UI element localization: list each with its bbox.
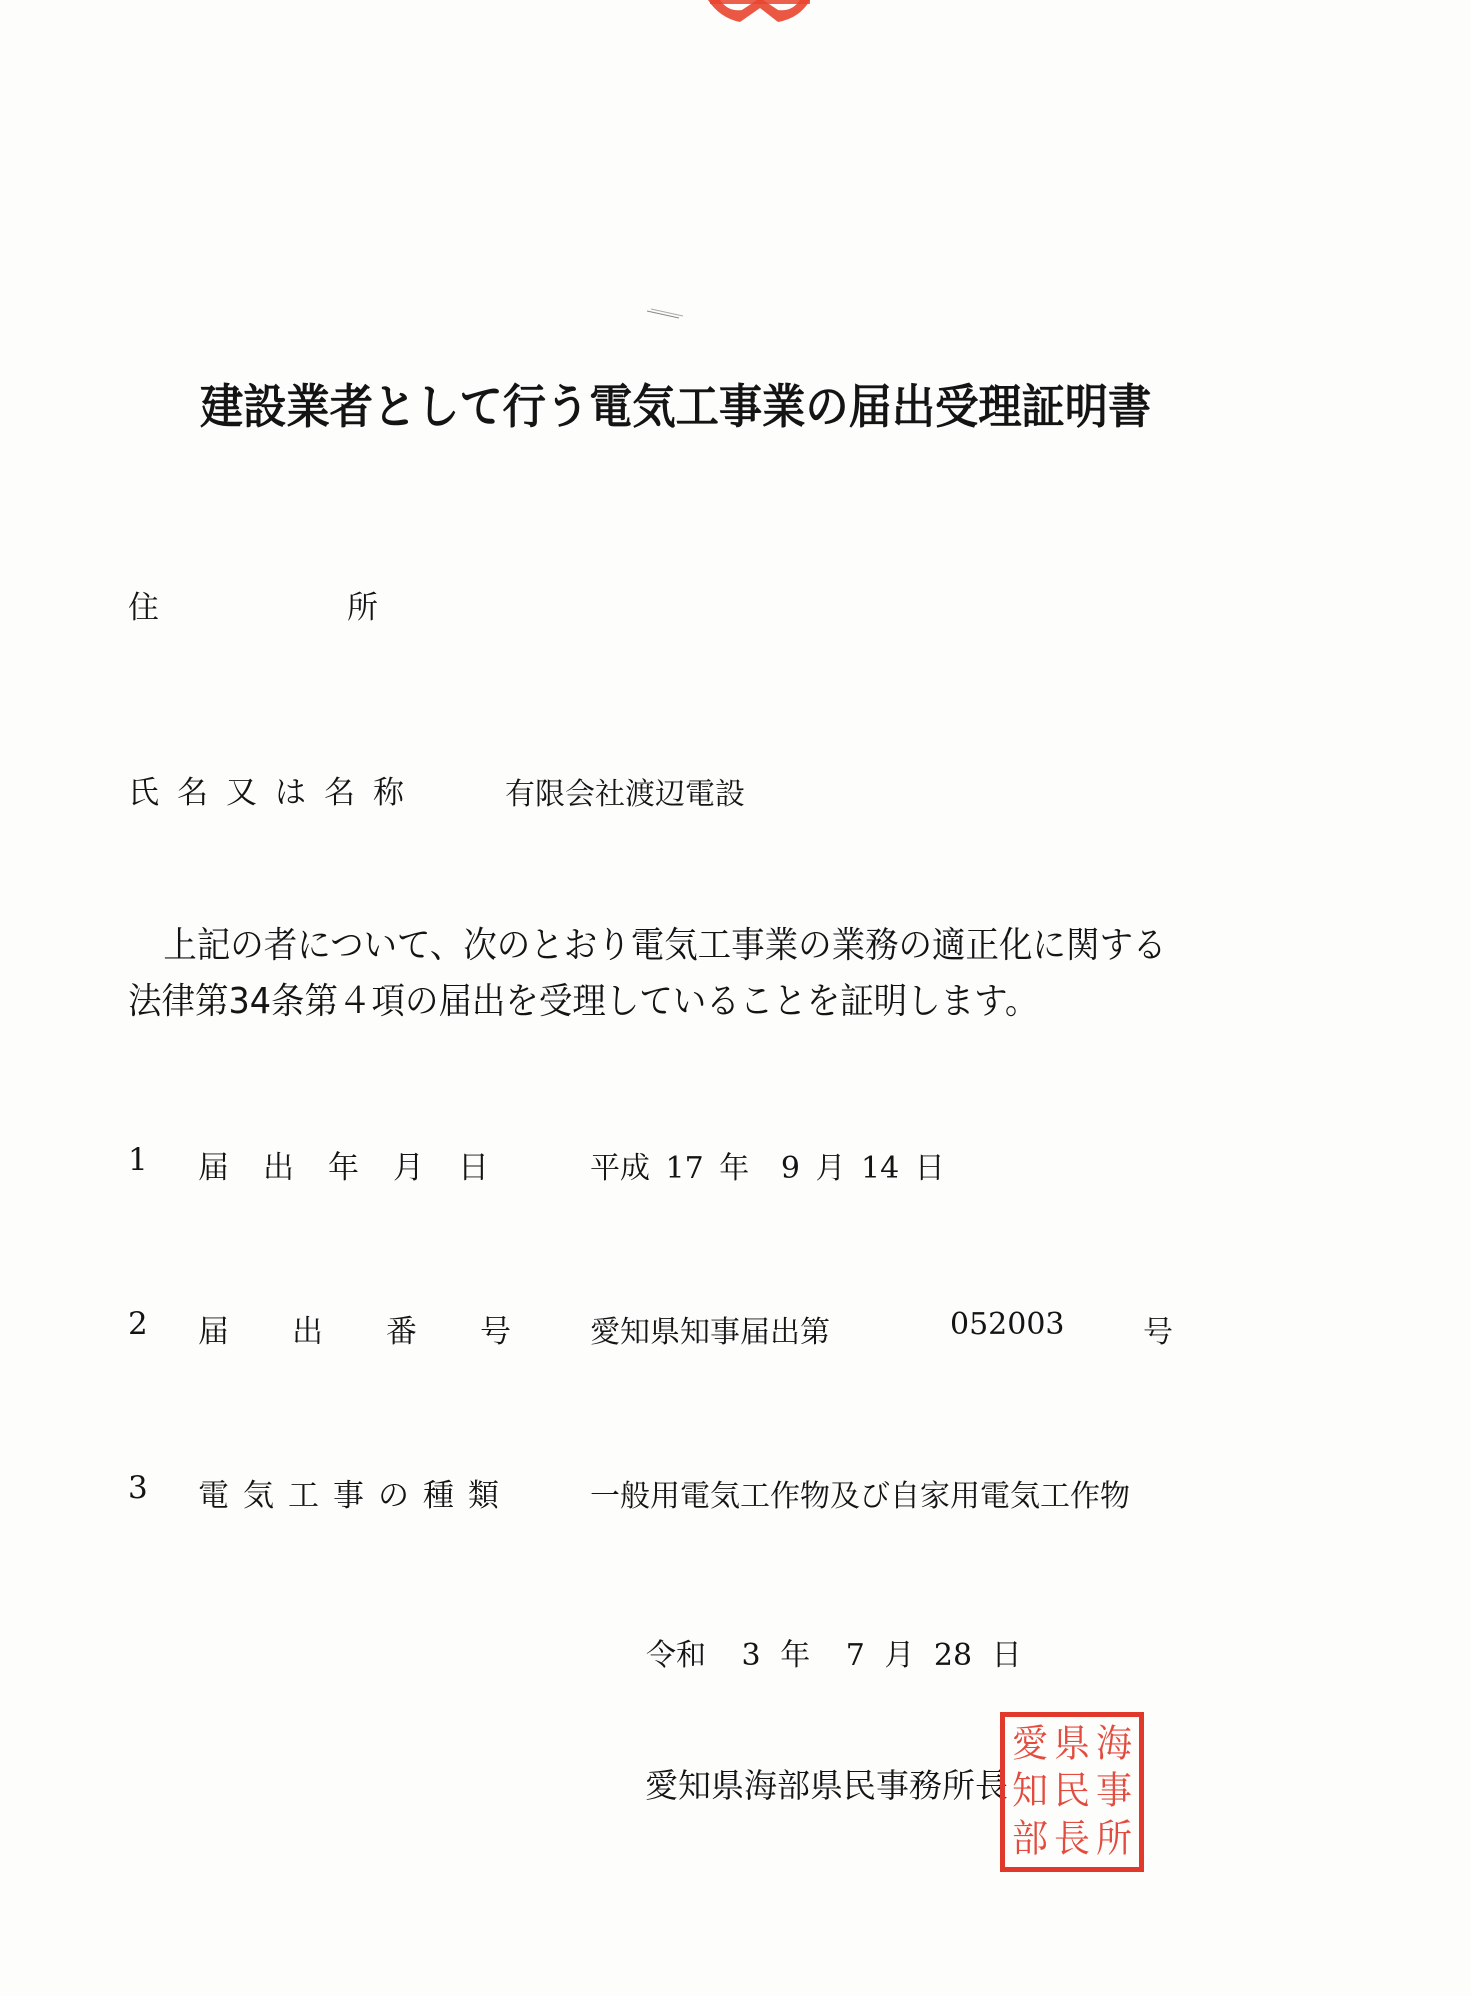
- statement-line-1: 上記の者について、次のとおり電気工事業の業務の適正化に関する: [128, 918, 1291, 974]
- day-unit: 日: [915, 1151, 945, 1186]
- item-1-number: 1: [128, 1142, 148, 1178]
- issue-year-unit: 年: [780, 1638, 810, 1673]
- seal-char: 県: [1051, 1720, 1093, 1770]
- filing-number-suffix: 号: [1143, 1307, 1173, 1351]
- year-unit: 年: [719, 1151, 749, 1186]
- filing-month: 9: [781, 1151, 800, 1186]
- name-value: 有限会社渡辺電設: [505, 769, 745, 813]
- partial-seal-stamp-icon: [700, 0, 850, 40]
- seal-char: 部: [1009, 1814, 1051, 1864]
- seal-char: 長: [1051, 1814, 1093, 1864]
- item-2-number: 2: [128, 1306, 148, 1342]
- item-3-label: 電気工事の種類: [198, 1470, 513, 1515]
- filing-day: 14: [861, 1151, 899, 1186]
- seal-char: 海: [1093, 1720, 1135, 1770]
- seal-char: 民: [1051, 1767, 1093, 1817]
- filing-number-prefix: 愛知県知事届出第: [590, 1307, 830, 1351]
- scratch-mark: [645, 308, 685, 322]
- issue-day: 28: [934, 1638, 972, 1673]
- issue-month-unit: 月: [884, 1638, 914, 1673]
- address-label-left: 住: [128, 582, 159, 627]
- issuer-name: 愛知県海部県民事務所長: [645, 1760, 1008, 1807]
- seal-char: 愛: [1009, 1720, 1051, 1770]
- issue-era: 令和: [646, 1638, 706, 1673]
- seal-char: 所: [1093, 1814, 1135, 1864]
- filing-number: 052003: [950, 1307, 1065, 1342]
- certification-statement: 上記の者について、次のとおり電気工事業の業務の適正化に関する 法律第34条第４項…: [128, 918, 1291, 1030]
- issue-year: 3: [742, 1638, 761, 1673]
- document-title: 建設業者として行う電気工事業の届出受理証明書: [200, 370, 1151, 437]
- address-label-right: 所: [347, 582, 378, 627]
- item-1-label: 届出年月日: [198, 1142, 523, 1187]
- issue-day-unit: 日: [992, 1638, 1022, 1673]
- month-unit: 月: [815, 1151, 845, 1186]
- seal-char: 事: [1093, 1767, 1135, 1817]
- issue-date: 令和 3 年 7 月 28 日: [646, 1630, 1022, 1674]
- item-3-number: 3: [128, 1470, 148, 1506]
- item-2-label: 届出番号: [198, 1306, 574, 1351]
- name-label: 氏名又は名称: [128, 767, 422, 812]
- seal-char: 知: [1009, 1767, 1051, 1817]
- issue-month: 7: [846, 1638, 865, 1673]
- filing-year: 17: [666, 1151, 704, 1186]
- item-1-value: 平成 17 年 9 月 14 日: [590, 1143, 945, 1187]
- statement-line-2: 法律第34条第４項の届出を受理していることを証明します。: [128, 974, 1291, 1030]
- electrical-work-type: 一般用電気工作物及び自家用電気工作物: [590, 1471, 1130, 1515]
- filing-era: 平成: [590, 1151, 650, 1186]
- official-seal-stamp: 海 県 愛 事 民 知 所 長 部: [1000, 1712, 1144, 1872]
